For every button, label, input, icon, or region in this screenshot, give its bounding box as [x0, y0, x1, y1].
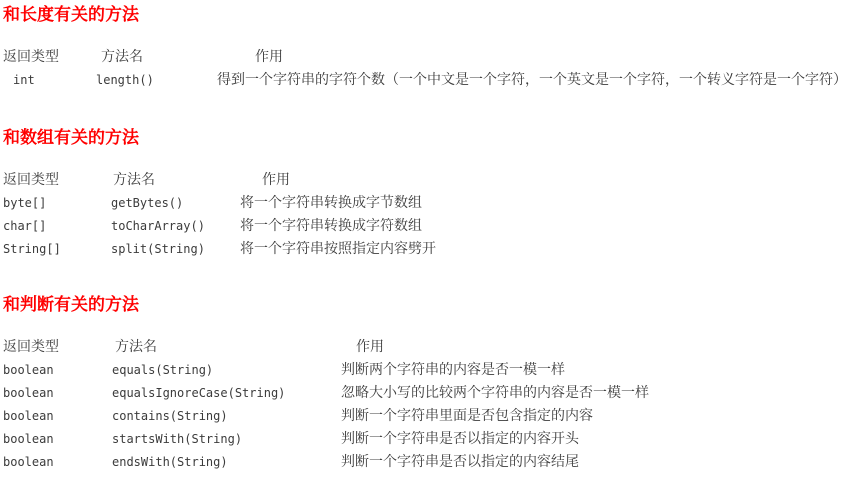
- column-header-method-name: 方法名: [96, 46, 217, 69]
- section-array-methods: 和数组有关的方法 返回类型 方法名 作用 byte[] getBytes() 将…: [3, 128, 848, 261]
- section-judgment-methods: 和判断有关的方法 返回类型 方法名 作用 boolean equals(Stri…: [3, 295, 848, 474]
- table-header-row: 返回类型 方法名 作用: [3, 46, 848, 69]
- cell-return-type: boolean: [3, 405, 112, 428]
- column-header-method-name: 方法名: [112, 336, 341, 359]
- cell-purpose: 将一个字符串转换成字节数组: [240, 192, 848, 215]
- cell-purpose: 判断一个字符串是否以指定的内容结尾: [341, 451, 848, 474]
- cell-purpose: 将一个字符串转换成字符数组: [240, 215, 848, 238]
- column-header-return-type: 返回类型: [3, 46, 96, 69]
- cell-method-name: equals(String): [112, 359, 341, 382]
- cell-return-type: byte[]: [3, 192, 111, 215]
- column-header-purpose: 作用: [240, 169, 848, 192]
- cell-method-name: contains(String): [112, 405, 341, 428]
- cell-method-name: length(): [96, 69, 217, 92]
- cell-return-type: boolean: [3, 382, 112, 405]
- cell-method-name: endsWith(String): [112, 451, 341, 474]
- table-row: boolean equals(String) 判断两个字符串的内容是否一模一样: [3, 359, 848, 382]
- cell-method-name: getBytes(): [111, 192, 240, 215]
- table-row: boolean contains(String) 判断一个字符串里面是否包含指定…: [3, 405, 848, 428]
- cell-return-type: String[]: [3, 238, 111, 261]
- table-header-row: 返回类型 方法名 作用: [3, 336, 848, 359]
- cell-method-name: toCharArray(): [111, 215, 240, 238]
- cell-return-type: boolean: [3, 428, 112, 451]
- column-header-method-name: 方法名: [111, 169, 240, 192]
- table-row: boolean startsWith(String) 判断一个字符串是否以指定的…: [3, 428, 848, 451]
- column-header-return-type: 返回类型: [3, 169, 111, 192]
- column-header-return-type: 返回类型: [3, 336, 112, 359]
- section-title: 和长度有关的方法: [3, 5, 848, 25]
- table-row: boolean endsWith(String) 判断一个字符串是否以指定的内容…: [3, 451, 848, 474]
- section-length-methods: 和长度有关的方法 返回类型 方法名 作用 int length() 得到一个字符…: [3, 5, 848, 92]
- cell-purpose: 忽略大小写的比较两个字符串的内容是否一模一样: [341, 382, 848, 405]
- cell-return-type: boolean: [3, 359, 112, 382]
- column-header-purpose: 作用: [341, 336, 848, 359]
- table-row: int length() 得到一个字符串的字符个数（一个中文是一个字符，一个英文…: [3, 69, 848, 92]
- table-row: String[] split(String) 将一个字符串按照指定内容劈开: [3, 238, 848, 261]
- table-row: byte[] getBytes() 将一个字符串转换成字节数组: [3, 192, 848, 215]
- cell-purpose: 判断两个字符串的内容是否一模一样: [341, 359, 848, 382]
- column-header-purpose: 作用: [217, 46, 848, 69]
- cell-return-type: char[]: [3, 215, 111, 238]
- cell-method-name: split(String): [111, 238, 240, 261]
- cell-purpose: 将一个字符串按照指定内容劈开: [240, 238, 848, 261]
- cell-method-name: startsWith(String): [112, 428, 341, 451]
- cell-purpose: 判断一个字符串是否以指定的内容开头: [341, 428, 848, 451]
- table-row: char[] toCharArray() 将一个字符串转换成字符数组: [3, 215, 848, 238]
- section-title: 和数组有关的方法: [3, 128, 848, 148]
- cell-method-name: equalsIgnoreCase(String): [112, 382, 341, 405]
- cell-purpose: 判断一个字符串里面是否包含指定的内容: [341, 405, 848, 428]
- cell-purpose: 得到一个字符串的字符个数（一个中文是一个字符，一个英文是一个字符，一个转义字符是…: [217, 69, 848, 92]
- table-header-row: 返回类型 方法名 作用: [3, 169, 848, 192]
- table-row: boolean equalsIgnoreCase(String) 忽略大小写的比…: [3, 382, 848, 405]
- section-title: 和判断有关的方法: [3, 295, 848, 315]
- cell-return-type: boolean: [3, 451, 112, 474]
- cell-return-type: int: [3, 69, 96, 92]
